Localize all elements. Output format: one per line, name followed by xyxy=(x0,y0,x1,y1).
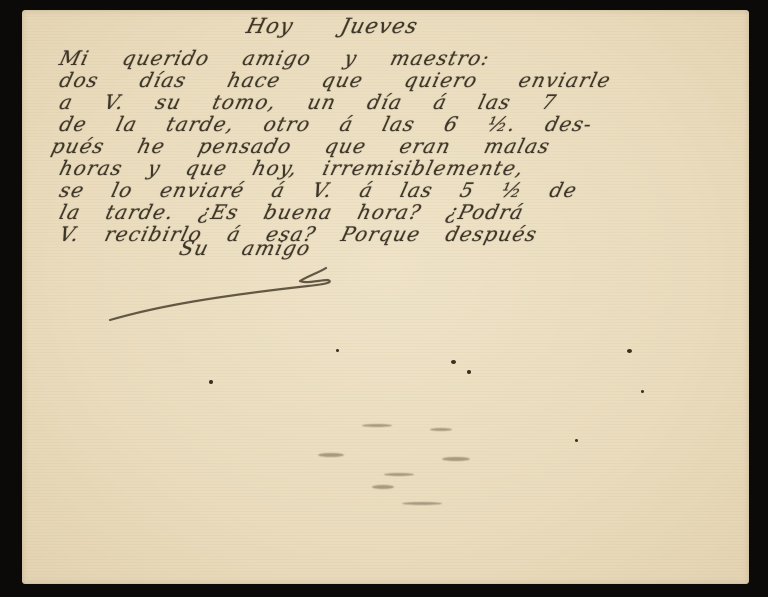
letter-closing: Su amigo xyxy=(177,236,314,260)
letter-line: se lo enviaré á V. á las 5 ½ de xyxy=(57,178,743,202)
letter-page: Hoy Jueves Mi querido amigo y maestro: d… xyxy=(22,10,749,584)
ink-spot xyxy=(209,380,213,384)
ink-smudge xyxy=(384,473,414,476)
signature-flourish-icon xyxy=(88,262,348,332)
ink-spot xyxy=(336,349,339,352)
ink-spot xyxy=(627,349,632,353)
ink-spot xyxy=(467,370,471,374)
letter-line: pués he pensado que eran malas xyxy=(49,134,735,158)
letter-line: Mi querido amigo y maestro: xyxy=(57,46,743,70)
ink-smudge xyxy=(318,453,344,457)
letter-line: V. recibirlo á esa? Porque después xyxy=(57,222,743,246)
ink-smudge xyxy=(442,457,470,461)
ink-smudge xyxy=(402,502,442,505)
letter-line: dos días hace que quiero enviarle xyxy=(57,68,743,92)
ink-spot xyxy=(641,390,644,393)
letter-line: de la tarde, otro á las 6 ½. des- xyxy=(57,112,743,136)
letter-line: a V. su tomo, un día á las 7 xyxy=(57,90,743,114)
ink-smudge xyxy=(430,428,452,431)
letter-line: horas y que hoy, irremisiblemente, xyxy=(57,156,743,180)
letter-heading: Hoy Jueves xyxy=(244,14,421,38)
ink-spot xyxy=(575,439,578,442)
ink-smudge xyxy=(362,424,392,427)
scan-frame: Hoy Jueves Mi querido amigo y maestro: d… xyxy=(0,0,768,597)
ink-spot xyxy=(451,360,456,364)
ink-smudge xyxy=(372,485,394,489)
letter-line: la tarde. ¿Es buena hora? ¿Podrá xyxy=(57,200,743,224)
